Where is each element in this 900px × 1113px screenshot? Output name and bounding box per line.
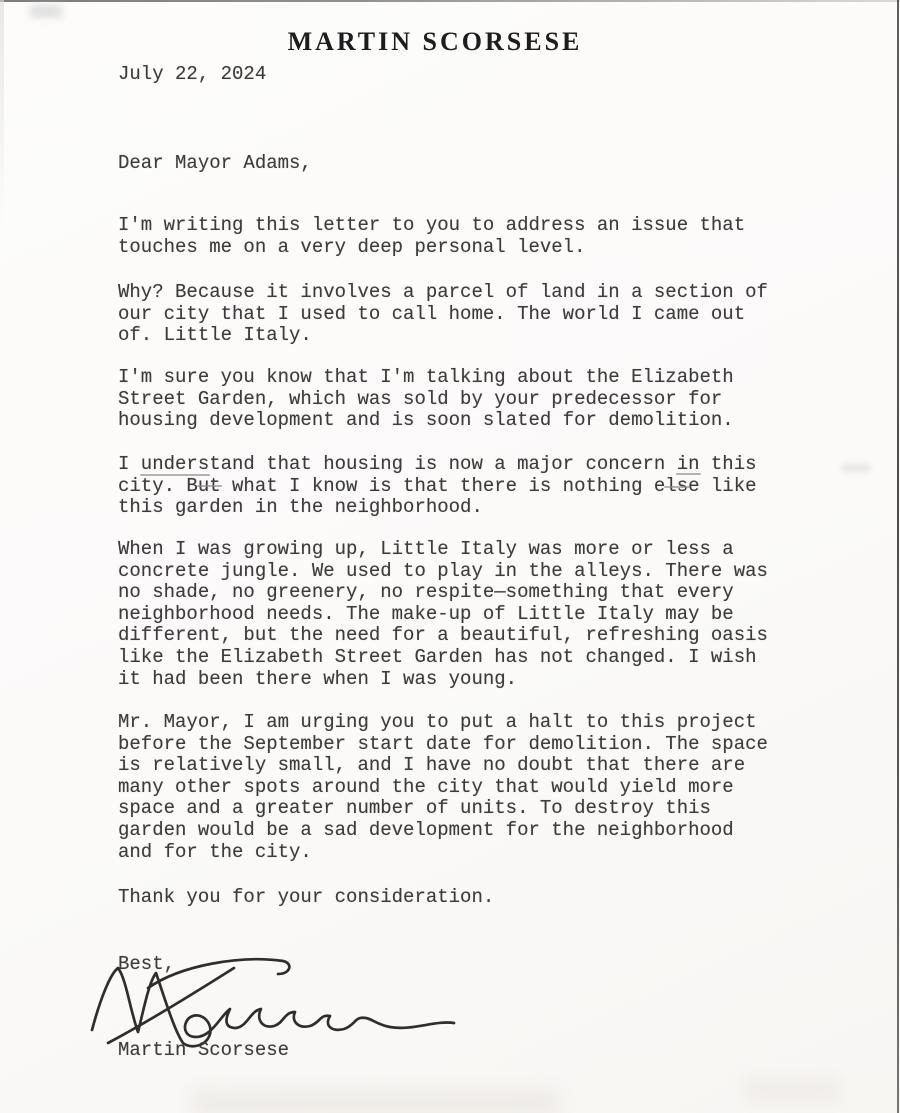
letter-paragraph: When I was growing up, Little Italy was … xyxy=(118,539,808,690)
letter-paragraph: I'm writing this letter to you to addres… xyxy=(118,215,808,258)
signed-name: Martin Scorsese xyxy=(118,1040,808,1062)
letter-paragraph: Thank you for your consideration. xyxy=(118,887,808,909)
scan-smudge-bottom-right xyxy=(742,1076,842,1104)
salutation: Dear Mayor Adams, xyxy=(118,153,808,175)
scan-smudge-bottom xyxy=(190,1088,560,1113)
typewriter-underline-mark xyxy=(676,473,701,475)
letter-paragraph: Mr. Mayor, I am urging you to put a halt… xyxy=(118,712,808,863)
signature-scrawl xyxy=(86,948,461,1048)
letter-date: July 22, 2024 xyxy=(118,64,808,86)
letter-paragraph: I'm sure you know that I'm talking about… xyxy=(118,367,808,432)
typewriter-overstrike-mark xyxy=(197,485,222,487)
letterhead-name: MARTIN SCORSESE xyxy=(0,27,870,57)
typewriter-overstrike-mark xyxy=(664,486,690,488)
letter-paragraph: Why? Because it involves a parcel of lan… xyxy=(118,282,808,347)
typewriter-underline-mark xyxy=(140,474,210,476)
scan-smudge-top-left xyxy=(30,5,62,18)
scan-edge-right xyxy=(897,0,899,1113)
scan-smudge-right xyxy=(842,464,870,472)
scan-edge-top xyxy=(0,0,900,2)
letter-page: MARTIN SCORSESE July 22, 2024 Dear Mayor… xyxy=(0,0,900,1113)
